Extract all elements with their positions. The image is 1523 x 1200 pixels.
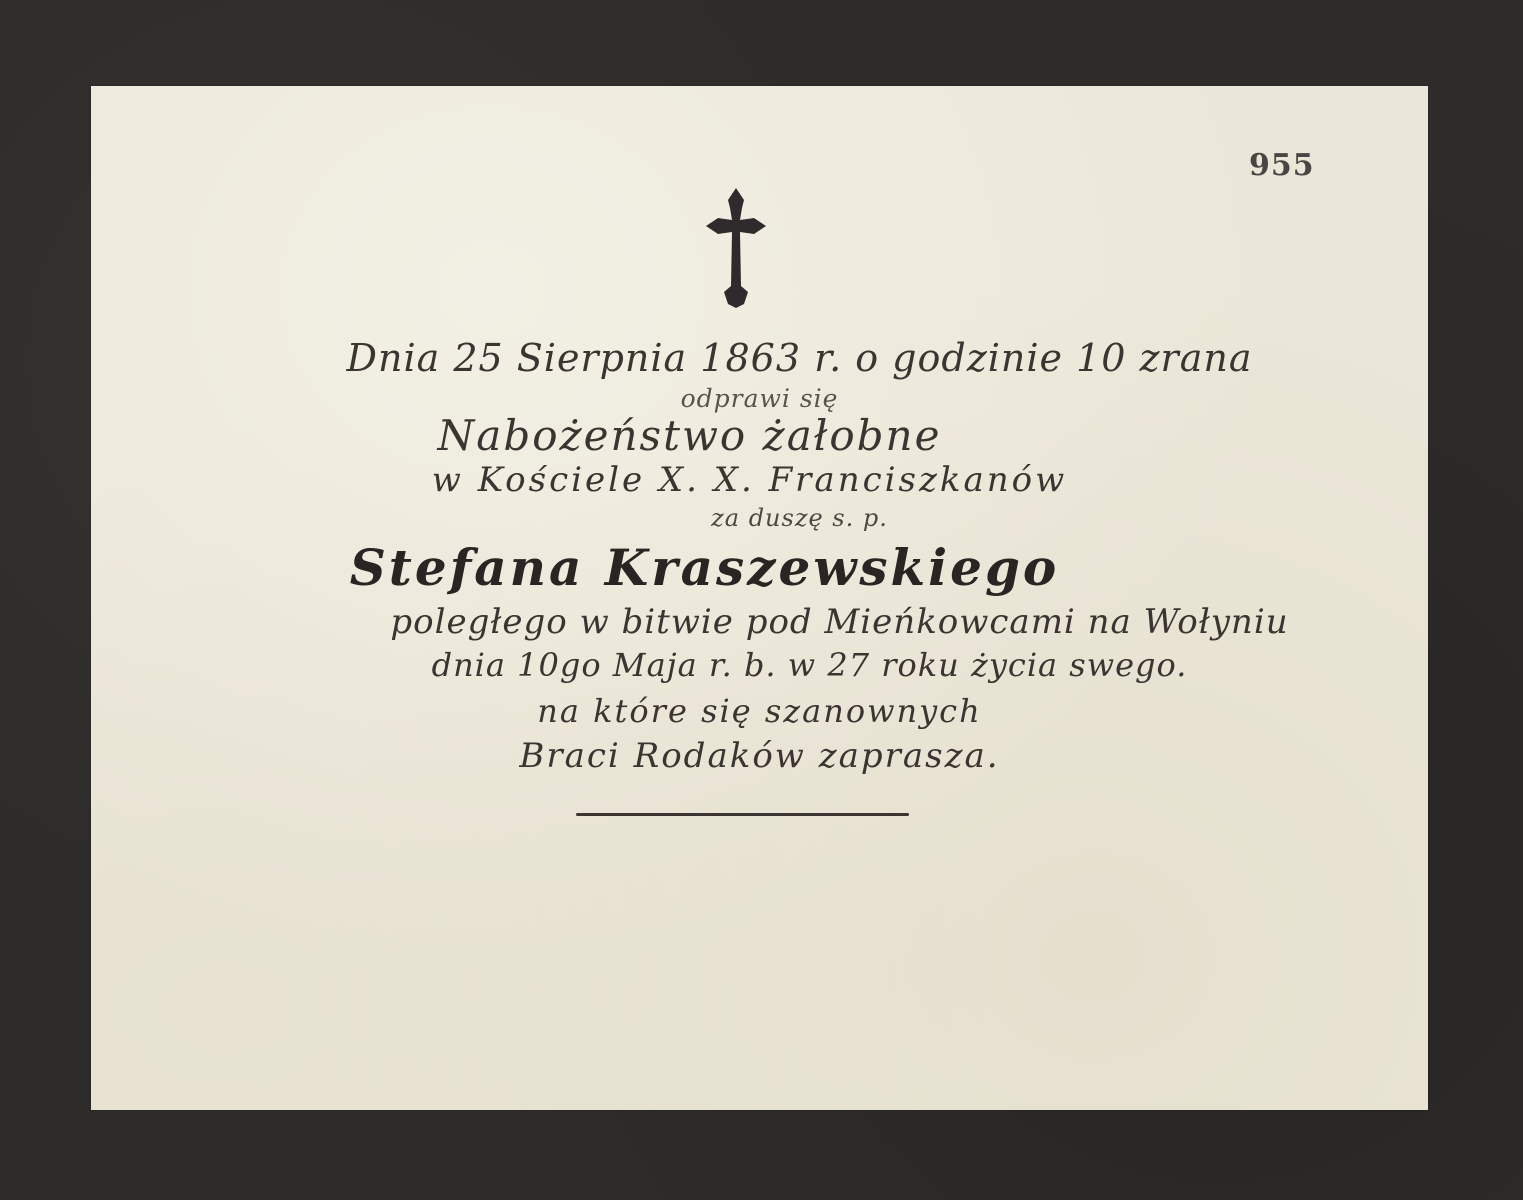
closing-rule-divider bbox=[576, 813, 909, 816]
for-soul-line: za duszę s. p. bbox=[131, 504, 1468, 532]
death-date-line: dnia 10go Maja r. b. w 27 roku życia swe… bbox=[141, 646, 1478, 684]
battle-line: poległego w bitwie pod Mieńkowcami na Wo… bbox=[171, 602, 1508, 642]
service-title: Nabożeństwo żałobne bbox=[21, 411, 1358, 460]
invitation-line-1: na które się szanownych bbox=[91, 692, 1428, 730]
deceased-name: Stefana Kraszewskiego bbox=[36, 538, 1373, 597]
announcement-date-line: Dnia 25 Sierpnia 1863 r. o godzinie 10 z… bbox=[91, 336, 1468, 380]
announcement-line-2: odprawi się bbox=[91, 384, 1428, 413]
document-page: 955 Dnia 25 Sierpnia 1863 r. o godzinie … bbox=[91, 86, 1428, 1110]
invitation-line-2: Braci Rodaków zaprasza. bbox=[91, 736, 1428, 776]
folio-number: 955 bbox=[1249, 148, 1315, 183]
church-line: w Kościele X. X. Franciszkanów bbox=[81, 460, 1418, 500]
cross-icon bbox=[704, 186, 768, 308]
